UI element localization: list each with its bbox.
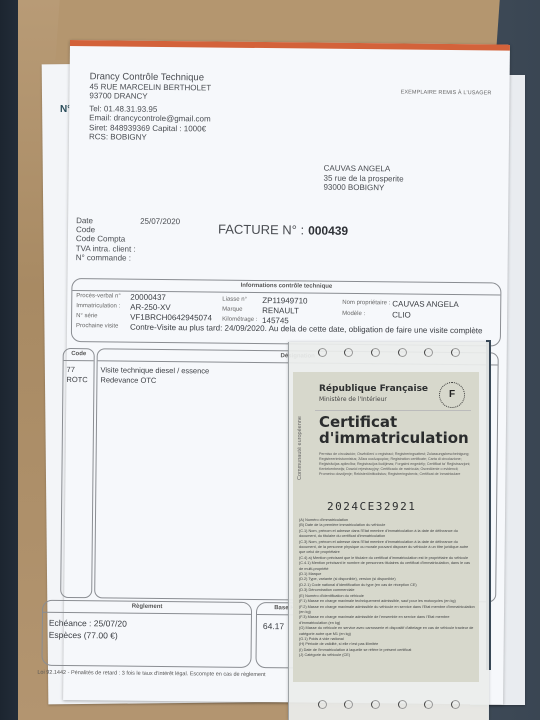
code-header: Code [64, 349, 94, 361]
legend-entry: (F.3) Masse en charge maximale admissibl… [299, 615, 475, 626]
ministere: Ministère de l'Intérieur [319, 396, 387, 403]
company-block: Drancy Contrôle Technique 45 RUE MARCELI… [89, 72, 211, 143]
immatriculation-label: Immatriculation : [76, 303, 120, 309]
date-value: 25/07/2020 [140, 217, 180, 227]
punch-holes-bottom [289, 700, 489, 712]
proprietaire-label: Nom propriétaire : [342, 300, 390, 307]
marque-value: RENAULT [262, 306, 299, 315]
eu-stars-f-icon: F [439, 382, 465, 408]
certificate-title-line1: Certificat [319, 414, 469, 430]
certificate-serial: 2024CE32921 [327, 500, 416, 513]
recipient-city: 93000 BOBIGNY [323, 183, 403, 193]
certificate-legend: (A) Numéro d'immatriculation(B) Date de … [299, 518, 475, 659]
certificate-title: Certificat d'immatriculation [319, 414, 469, 446]
copy-label: EXEMPLAIRE REMIS À L'USAGER [401, 89, 492, 96]
immatriculation-value: AR-250-XV [130, 303, 171, 312]
proces-verbal-value: 20000437 [130, 293, 166, 302]
payment-box: Règlement Echéance : 25/07/20 Espèces (7… [41, 600, 252, 668]
modele-label: Modèle : [342, 311, 365, 317]
legal-footer: Loi 92.1442 - Pénalités de retard : 3 fo… [37, 670, 265, 678]
recipient-block: CAUVAS ANGELA 35 rue de la prosperite 93… [323, 164, 403, 193]
prochaine-visite-label: Prochaine visite [76, 323, 118, 329]
code-label: Code [76, 225, 95, 234]
legend-entry: (F.1) Masse en charge maximale technique… [299, 599, 475, 604]
certificate-title-line2: d'immatriculation [319, 430, 469, 446]
prochaine-visite-value: Contre-Visite au plus tard: 24/09/2020. … [130, 323, 483, 336]
invoice-title-label: FACTURE N° : [218, 222, 304, 238]
kilometrage-value: 145745 [262, 316, 289, 325]
recipient-name: CAUVAS ANGELA [324, 164, 404, 174]
line-code: ROTC [63, 375, 93, 385]
serie-value: VF1BRCH0642945074 [130, 313, 212, 323]
certificate-multilingual: Permiso de circulación; Osvědčení o regi… [319, 452, 474, 477]
inspection-info-box: Informations contrôle technique Procès-v… [71, 278, 502, 346]
legend-entry: (C.3) Nom, prénom et adresse dans l'Etat… [299, 540, 475, 556]
legend-entry: (G) Masse du véhicule en service avec ca… [299, 626, 475, 637]
certificate-card: Communauté européenne République Françai… [293, 372, 479, 682]
invoice-title: FACTURE N° :000439 [218, 222, 348, 238]
punch-holes-top [289, 348, 489, 360]
code-column: Code 77 ROTC [60, 348, 95, 598]
code-compta-label: Code Compta [76, 234, 125, 244]
certificate-side-text: Communauté européenne [297, 416, 303, 480]
registration-certificate: Communauté européenne République Françai… [288, 342, 489, 720]
company-rcs: RCS: BOBIGNY [89, 132, 211, 143]
certificate-divider [315, 410, 471, 411]
legend-entry: (C.1) Nom, prénom et adresse dans l'Etat… [299, 529, 475, 540]
legend-entry: (J) Catégorie du véhicule (CE) [299, 653, 475, 658]
invoice-number: 000439 [308, 224, 348, 238]
company-name: Drancy Contrôle Technique [90, 72, 212, 83]
liasse-value: ZP11949710 [262, 296, 307, 305]
proprietaire-value: CAUVAS ANGELA [392, 299, 459, 309]
liasse-label: Liasse n° [222, 297, 247, 303]
proces-verbal-label: Procès-verbal n° [76, 293, 120, 299]
serie-label: N° série [76, 313, 97, 319]
republique-francaise: République Française [319, 384, 428, 394]
payment-cash: Espèces (77.00 €) [49, 629, 245, 643]
modele-value: CLIO [392, 310, 411, 319]
kilometrage-label: Kilométrage : [222, 317, 257, 323]
commande-label: N° commande : [76, 253, 131, 263]
legend-entry: (C.4.1) Mention précisant le nombre de p… [299, 561, 475, 572]
invoice-meta: Date25/07/2020 Code Code Compta TVA intr… [76, 216, 181, 263]
line-code: 77 [63, 365, 93, 375]
marque-label: Marque [222, 307, 242, 313]
company-email: Email: drancycontrole@gmail.com [89, 113, 211, 124]
legend-entry: (F.2) Masse en charge maximale admissibl… [299, 605, 475, 616]
